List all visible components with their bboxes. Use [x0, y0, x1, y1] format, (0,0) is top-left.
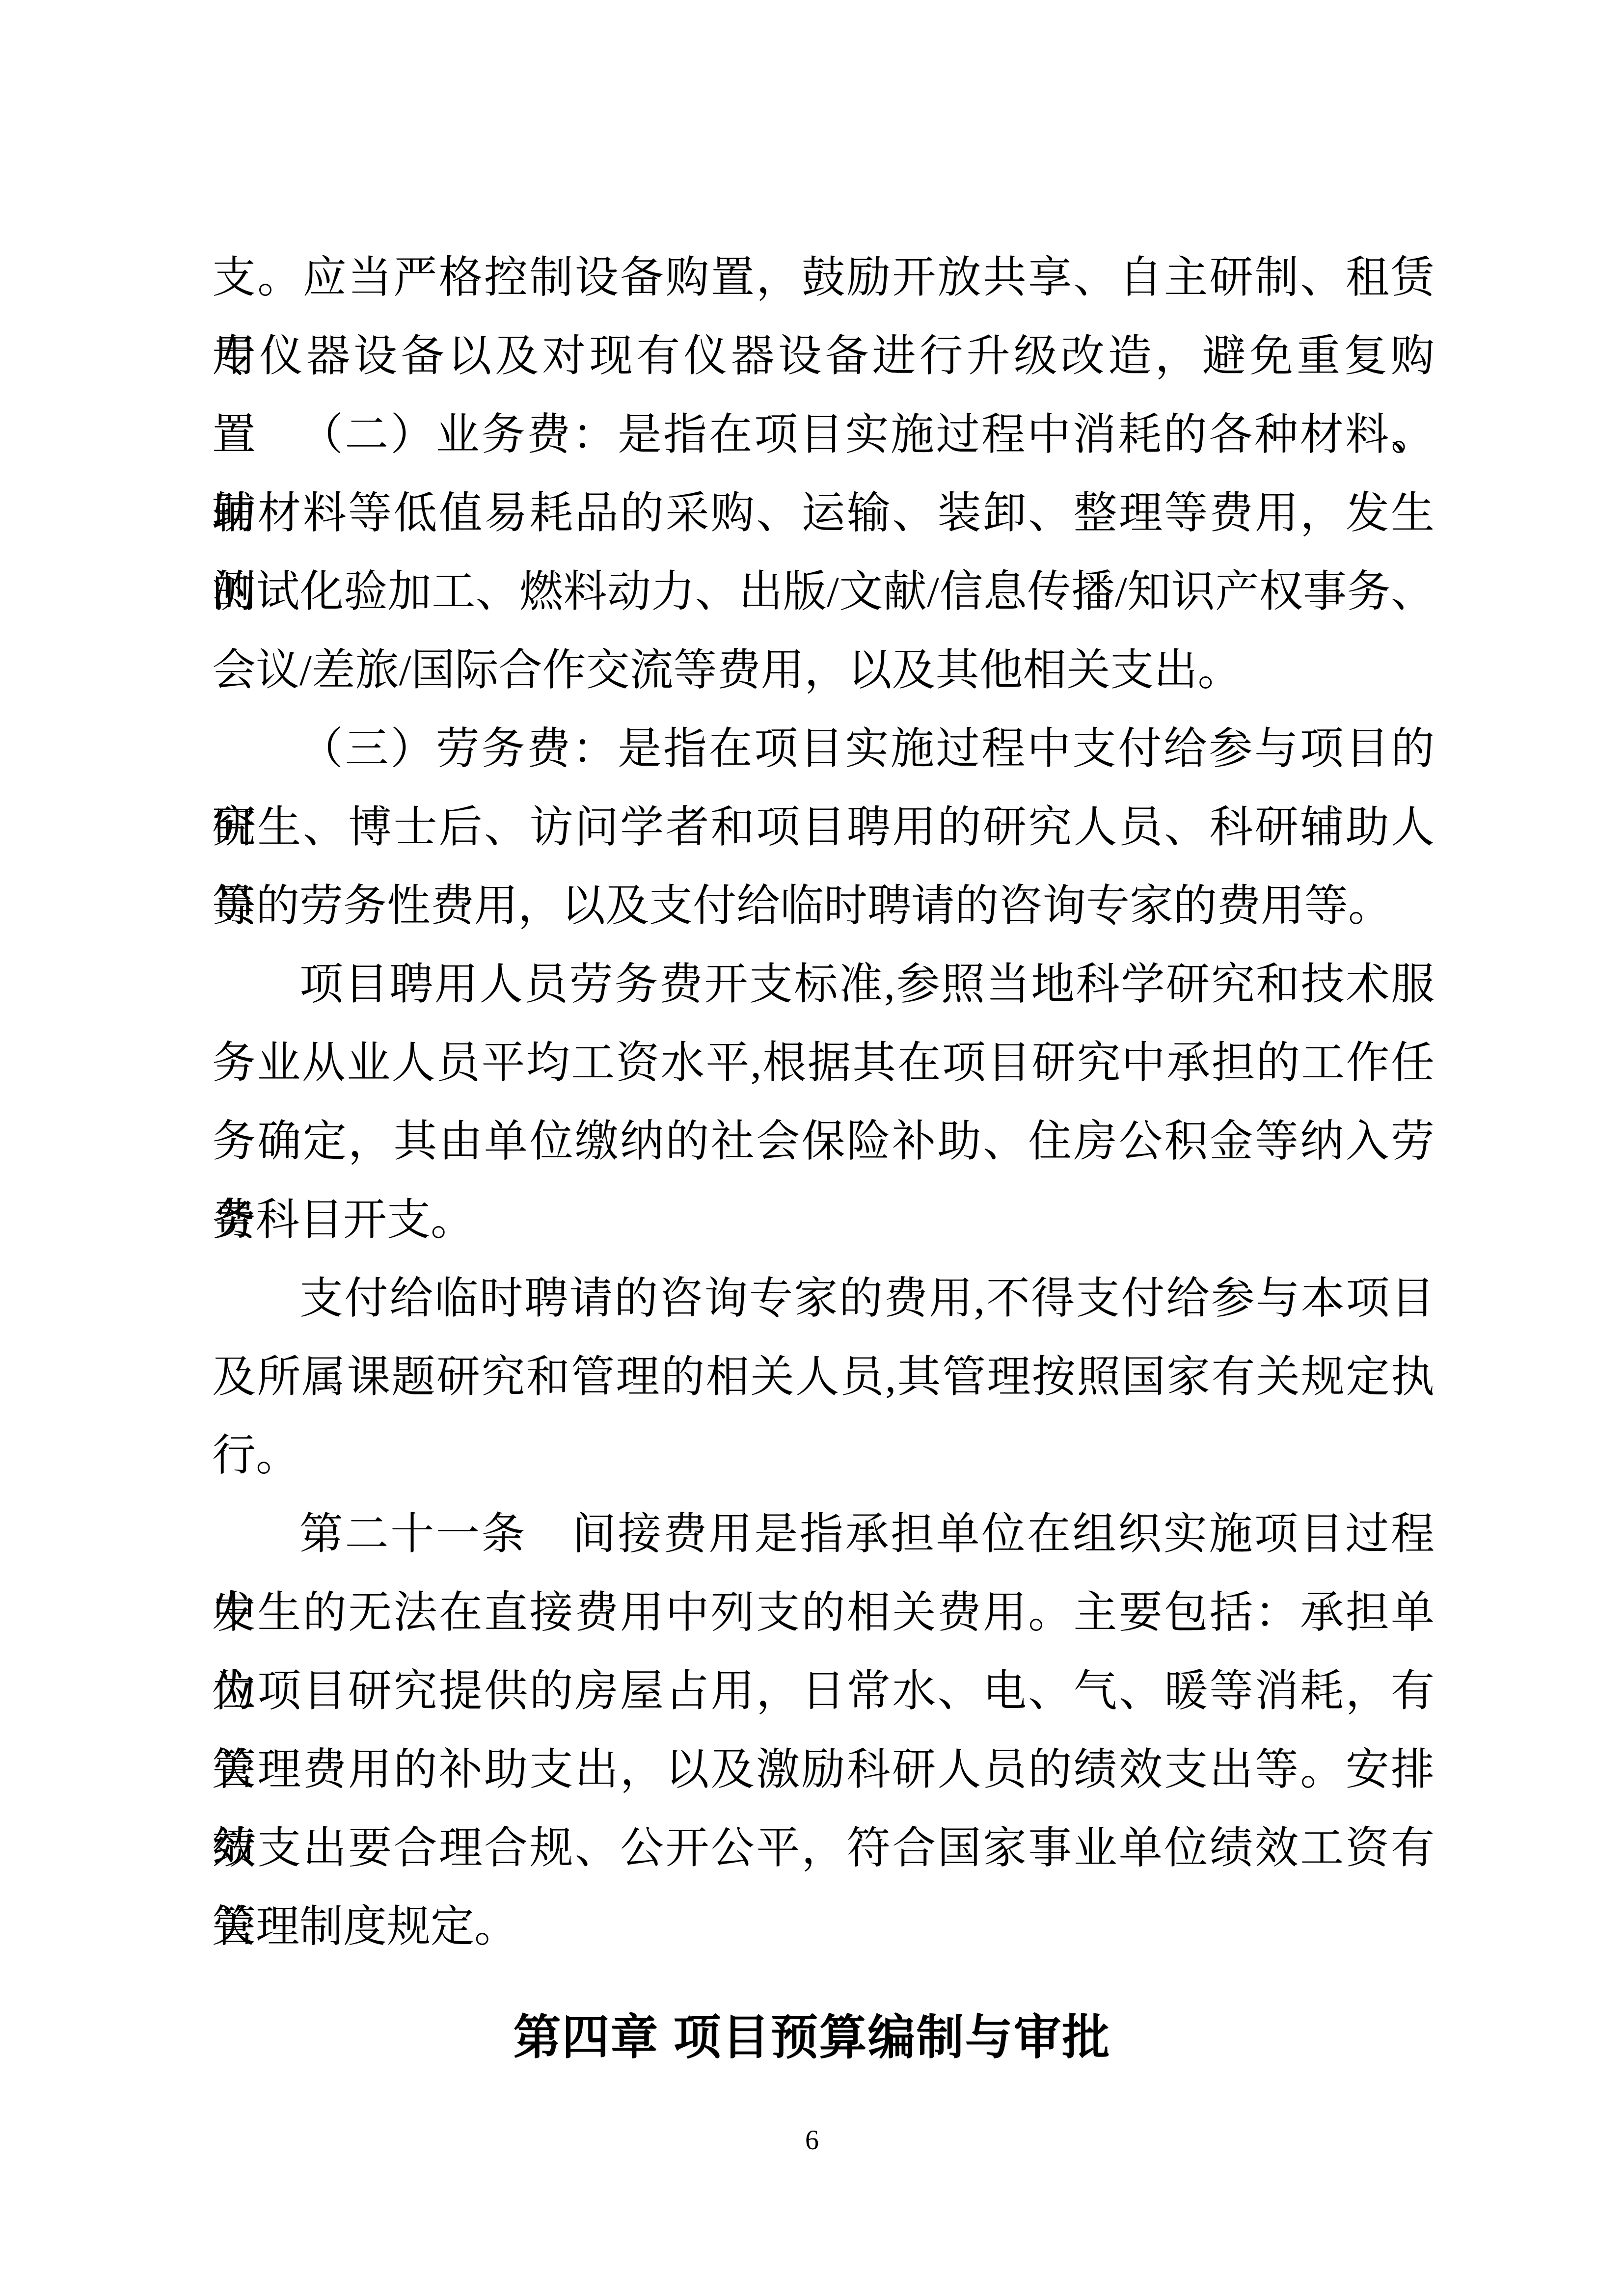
document-page: 支。应当严格控制设备购置，鼓励开放共享、自主研制、租赁专用仪器设备以及对现有仪器…	[0, 0, 1624, 2296]
text-line: 效支出要合理合规、公开公平，符合国家事业单位绩效工资有关	[212, 1809, 1435, 1888]
text-line: 助材料等低值易耗品的采购、运输、装卸、整理等费用，发生的	[212, 474, 1435, 553]
text-line: 支。应当严格控制设备购置，鼓励开放共享、自主研制、租赁专	[212, 239, 1435, 317]
text-line: 等的劳务性费用，以及支付给临时聘请的咨询专家的费用等。	[212, 867, 1435, 945]
text-line: 究生、博士后、访问学者和项目聘用的研究人员、科研辅助人员	[212, 788, 1435, 867]
text-line: 费科目开支。	[212, 1181, 1435, 1259]
text-line: （三）劳务费：是指在项目实施过程中支付给参与项目的研	[212, 710, 1435, 788]
chapter-heading: 第四章 项目预算编制与审批	[0, 2002, 1624, 2073]
page-number: 6	[0, 2125, 1624, 2156]
text-line: 务业从业人员平均工资水平,根据其在项目研究中承担的工作任	[212, 1024, 1435, 1102]
text-line: 支付给临时聘请的咨询专家的费用,不得支付给参与本项目	[212, 1259, 1435, 1338]
text-line: 发生的无法在直接费用中列支的相关费用。主要包括：承担单位	[212, 1574, 1435, 1652]
text-line: 项目聘用人员劳务费开支标准,参照当地科学研究和技术服	[212, 945, 1435, 1024]
text-line: 及所属课题研究和管理的相关人员,其管理按照国家有关规定执	[212, 1338, 1435, 1416]
text-line: 务确定，其由单位缴纳的社会保险补助、住房公积金等纳入劳务	[212, 1102, 1435, 1181]
body-text: 支。应当严格控制设备购置，鼓励开放共享、自主研制、租赁专用仪器设备以及对现有仪器…	[212, 239, 1435, 1966]
text-line: 第二十一条 间接费用是指承担单位在组织实施项目过程中	[212, 1495, 1435, 1574]
text-line: 会议/差旅/国际合作交流等费用，以及其他相关支出。	[212, 631, 1435, 710]
text-line: 为项目研究提供的房屋占用，日常水、电、气、暖等消耗，有关	[212, 1652, 1435, 1731]
text-line: 用仪器设备以及对现有仪器设备进行升级改造，避免重复购置。	[212, 317, 1435, 396]
text-line: （二）业务费：是指在项目实施过程中消耗的各种材料、辅	[212, 396, 1435, 474]
text-line: 行。	[212, 1416, 1435, 1495]
text-line: 测试化验加工、燃料动力、出版/文献/信息传播/知识产权事务、	[212, 553, 1435, 631]
text-line: 管理费用的补助支出，以及激励科研人员的绩效支出等。安排绩	[212, 1731, 1435, 1809]
text-line: 管理制度规定。	[212, 1888, 1435, 1966]
